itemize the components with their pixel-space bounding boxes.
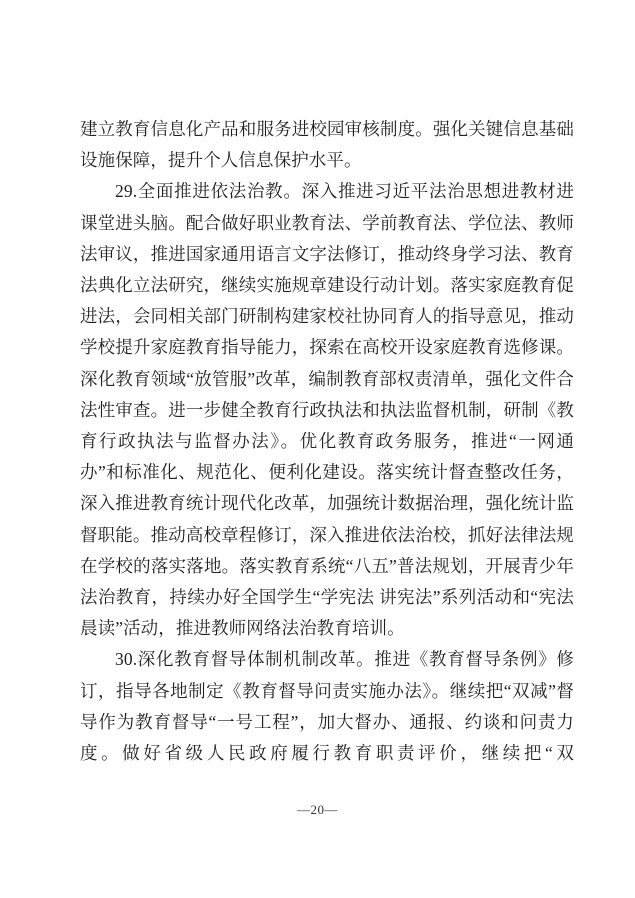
paragraph-item-29: 29.全面推进依法治教。深入推进习近平法治思想进教材进课堂进头脑。配合做好职业教… bbox=[80, 176, 574, 644]
document-page: 建立教育信息化产品和服务进校园审核制度。强化关键信息基础设施保障，提升个人信息保… bbox=[0, 0, 635, 898]
page-number: —20— bbox=[0, 802, 635, 818]
paragraph-continuation: 建立教育信息化产品和服务进校园审核制度。强化关键信息基础设施保障，提升个人信息保… bbox=[80, 114, 574, 176]
paragraph-item-30: 30.深化教育督导体制机制改革。推进《教育督导条例》修订，指导各地制定《教育督导… bbox=[80, 644, 574, 769]
document-body: 建立教育信息化产品和服务进校园审核制度。强化关键信息基础设施保障，提升个人信息保… bbox=[80, 114, 574, 769]
